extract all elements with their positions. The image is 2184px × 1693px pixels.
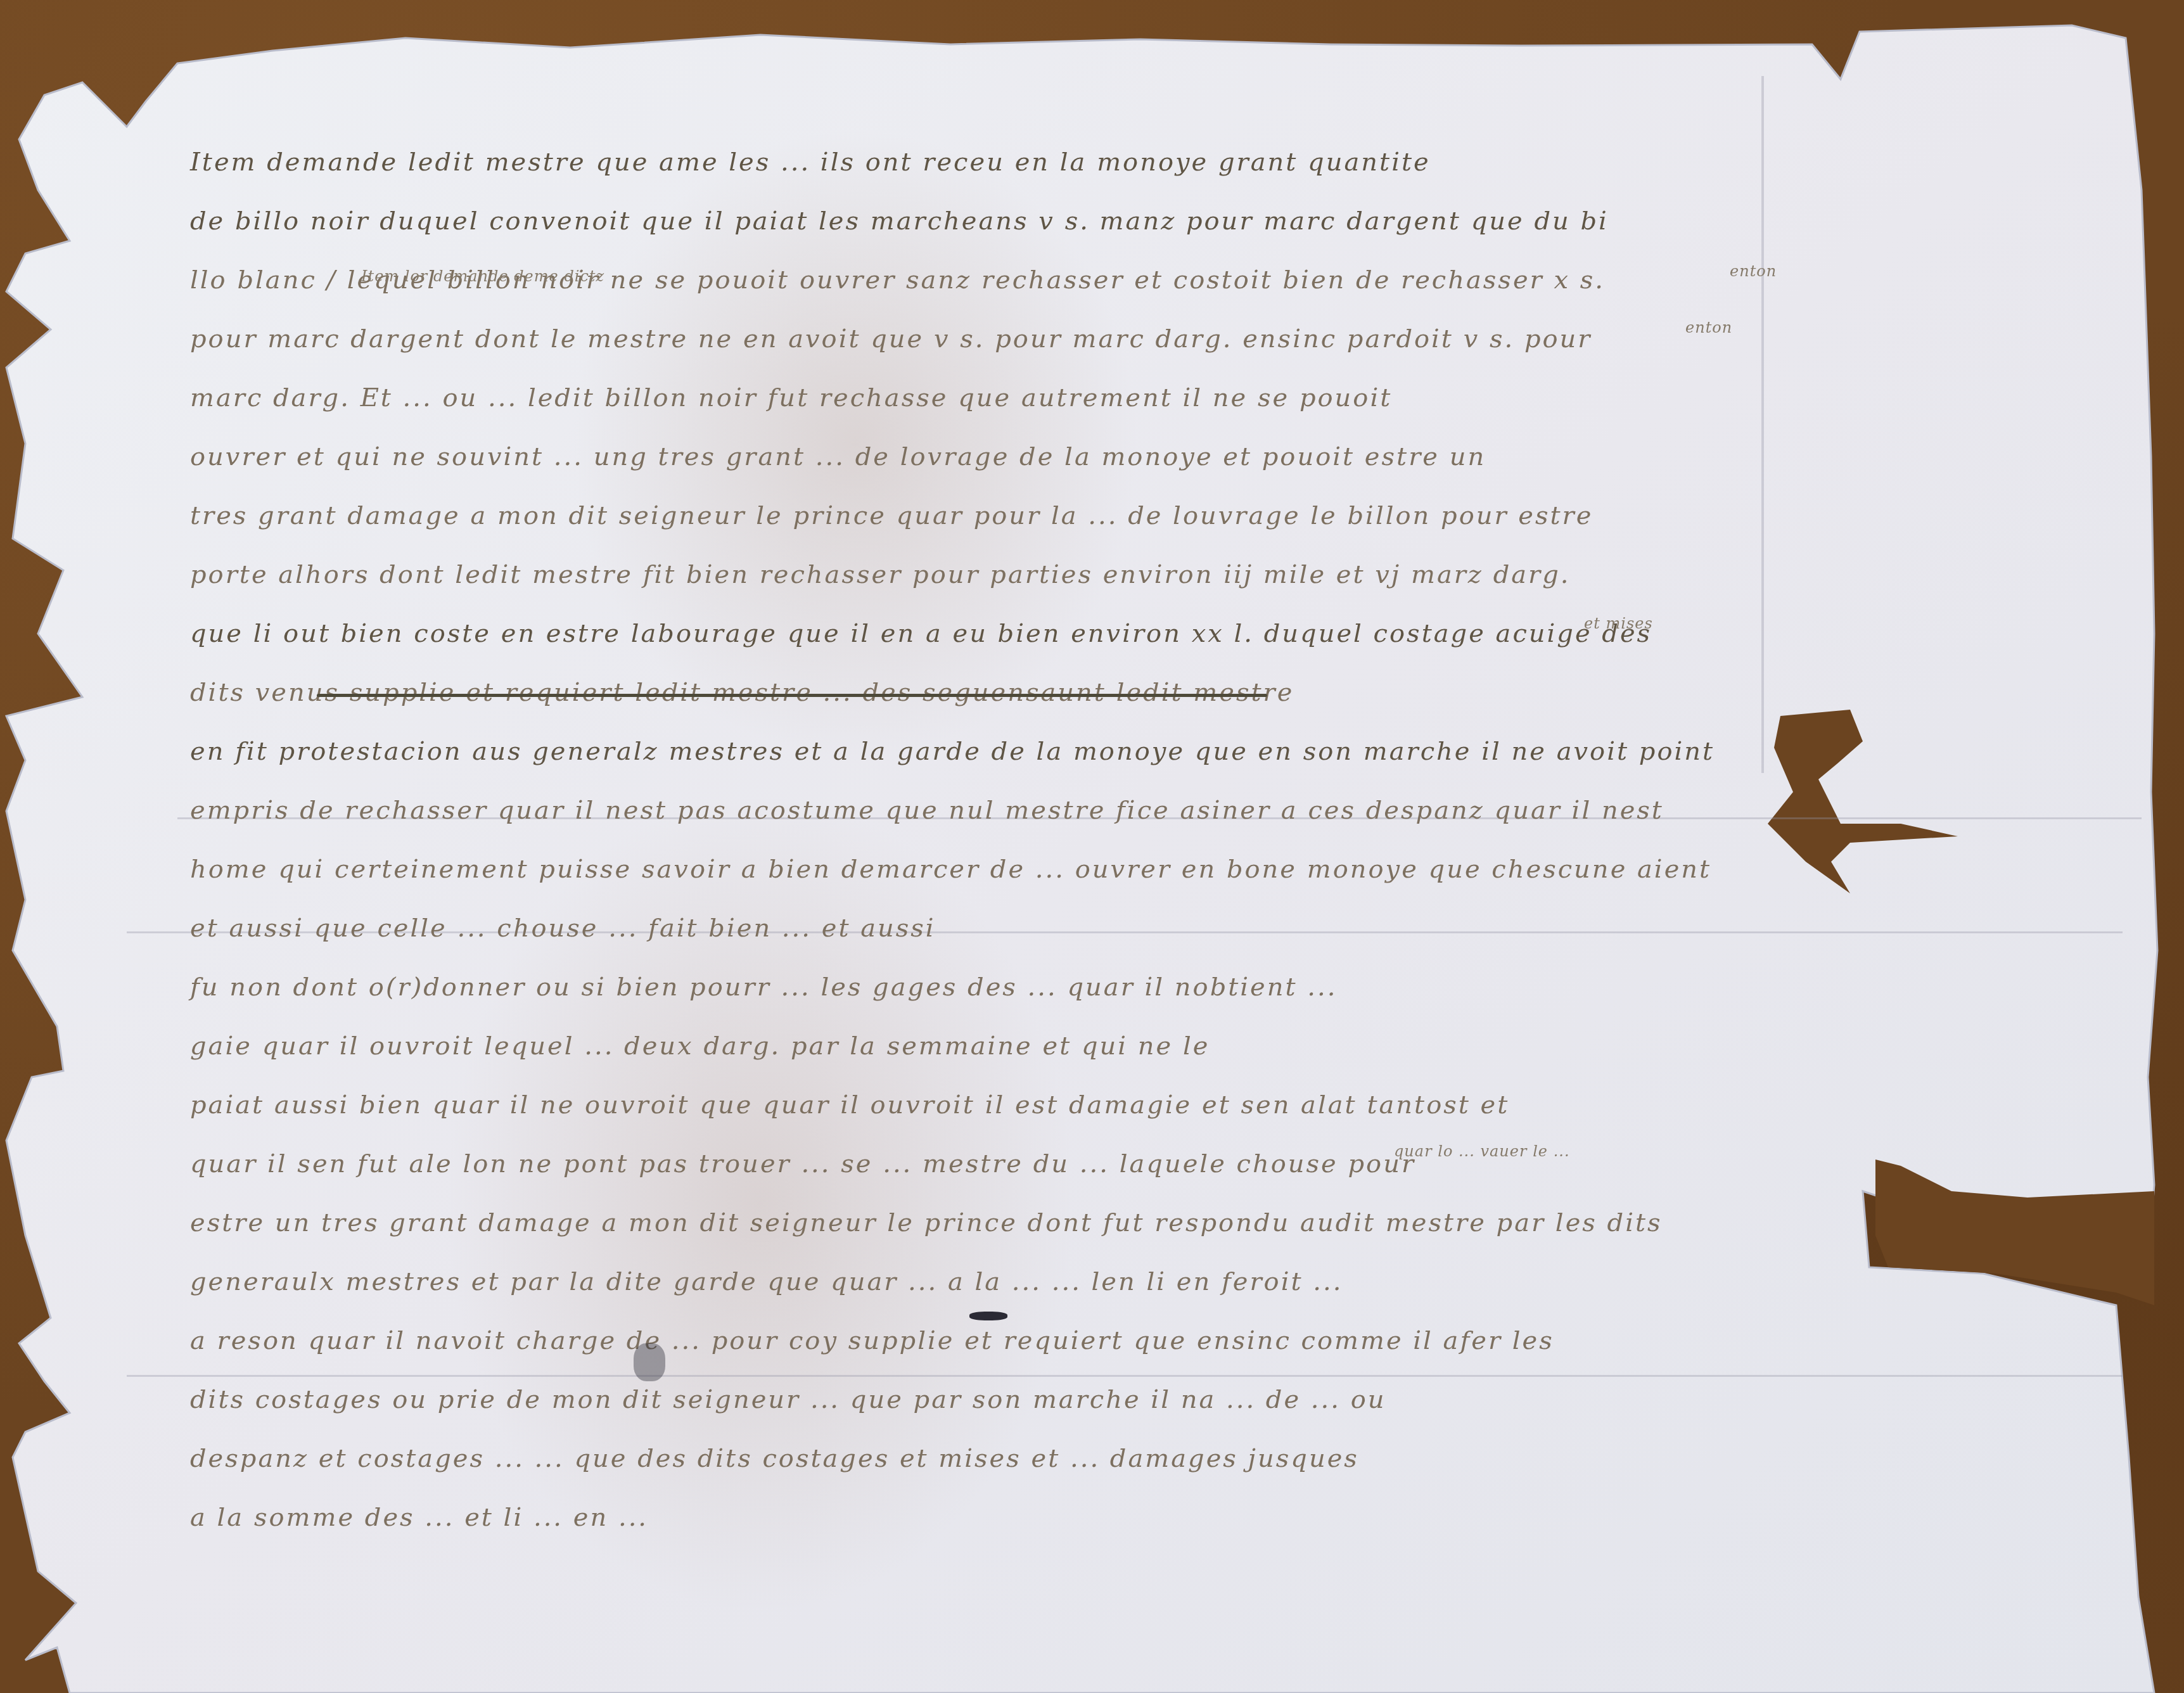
manuscript-line: porte alhors dont ledit mestre fit bien … [190, 546, 1761, 604]
manuscript-line: que li out bien coste en estre labourage… [190, 604, 1761, 663]
interlinear-note: Item lor demande deme dictz [361, 247, 604, 306]
line-text: quar il sen fut ale lon ne pont pas trou… [190, 1149, 1415, 1179]
ink-blot [634, 1343, 665, 1381]
manuscript-line: marc darg. Et ... ou ... ledit billon no… [190, 369, 1761, 428]
interlinear-note: et mises [1584, 594, 1653, 653]
manuscript-line: gaie quar il ouvroit lequel ... deux dar… [190, 1017, 1761, 1076]
manuscript-line: home qui certeinement puisse savoir a bi… [190, 840, 1761, 899]
manuscript-line: et aussi que celle ... chouse ... fait b… [190, 899, 1761, 958]
manuscript-line: pour marc dargent dont le mestre ne en a… [190, 310, 1761, 369]
manuscript-line: despanz et costages ... ... que des dits… [190, 1429, 1761, 1488]
interlinear-note: enton [1685, 298, 1732, 357]
manuscript-line: quar il sen fut ale lon ne pont pas trou… [190, 1135, 1761, 1194]
manuscript-line: llo blanc / lequel billon noir ne se pou… [190, 251, 1761, 310]
manuscript-line: de billo noir duquel convenoit que il pa… [190, 192, 1761, 251]
ink-blot [969, 1312, 1007, 1320]
line-text: pour marc dargent dont le mestre ne en a… [190, 324, 1592, 354]
manuscript-line: tres grant damage a mon dit seigneur le … [190, 487, 1761, 546]
manuscript-line: en fit protestacion aus generalz mestres… [190, 722, 1761, 781]
strikethrough [317, 694, 1267, 697]
manuscript-line: fu non dont o(r)donner ou si bien pourr … [190, 958, 1761, 1017]
manuscript-line: Item demande ledit mestre que ame les ..… [190, 133, 1761, 192]
manuscript-line: generaulx mestres et par la dite garde q… [190, 1253, 1761, 1312]
manuscript-text: Item demande ledit mestre que ame les ..… [190, 133, 1761, 1547]
manuscript-line: a la somme des ... et li ... en ... [190, 1488, 1761, 1547]
manuscript-line: dits venus supplie et requiert ledit mes… [190, 663, 1761, 722]
interlinear-note: enton [1730, 242, 1777, 301]
manuscript-line: a reson quar il navoit charge de ... pou… [190, 1312, 1761, 1370]
interlinear-note: quar lo ... vauer le ... [1394, 1122, 1570, 1181]
manuscript-line: dits costages ou prie de mon dit seigneu… [190, 1370, 1761, 1429]
manuscript-line: estre un tres grant damage a mon dit sei… [190, 1194, 1761, 1253]
line-text: dits venus supplie et requiert ledit mes… [190, 678, 1294, 707]
manuscript-line: empris de rechasser quar il nest pas aco… [190, 781, 1761, 840]
manuscript-line: ouvrer et qui ne souvint ... ung tres gr… [190, 428, 1761, 487]
line-text: que li out bien coste en estre labourage… [190, 619, 1652, 648]
